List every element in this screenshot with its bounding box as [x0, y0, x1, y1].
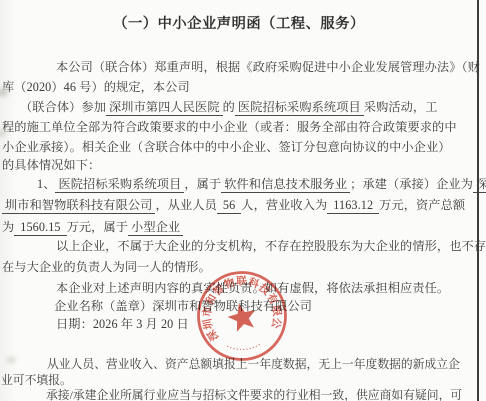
text-segment: 采购活动，工	[364, 100, 438, 114]
scan-edge-line	[477, 0, 479, 401]
seal-code-marks: •••••••••••	[224, 336, 264, 358]
text-segment: ；承建（承接）企业为	[350, 177, 473, 191]
company-seal: 深圳市和智物联科技有限公司 •••••••••••	[186, 260, 298, 372]
text-segment: 人，营业收入为	[241, 198, 327, 212]
text-segment: 的	[223, 100, 235, 114]
blank-industry: 软件和信息技术服务业	[221, 177, 350, 193]
blank-company-name: 圳市和智物联科技有限公司	[2, 198, 155, 214]
blank-employee-count: 56	[217, 198, 241, 214]
doc-line-2: 库（2020）46 号）的规定，本公司	[2, 80, 190, 94]
doc-line-4: 程的施工单位全部为符合政策要求的中小企业（或者：服务全部由符合政策要求的中	[2, 120, 457, 134]
text-segment: 小企业承接）。相关企业（含联合体中的中小企业、签订分包意向协议的中小企业）	[2, 140, 451, 154]
doc-line-date: 日期：2026 年 3 月 20 日	[56, 317, 189, 331]
blank-project-name: 医院招标采购系统项目	[55, 177, 184, 193]
blank-purchaser-name: 深圳市第四人民医院	[106, 100, 223, 116]
text-segment: 万元，资产总额	[379, 198, 465, 212]
text-segment: 程的施工单位全部为符合政策要求的中小企业（或者：服务全部由符合政策要求的中	[2, 120, 457, 134]
text-segment: 承接/承建企业所属行业应当与招标文件要求的行业相一致，供应商如有疑问，可	[46, 388, 462, 401]
text-segment: 本公司（联合体）郑重声明，根据《政府采购促进中小企业发展管理办法》（财	[56, 60, 480, 74]
doc-line-1: 本公司（联合体）郑重声明，根据《政府采购促进中小企业发展管理办法》（财	[56, 60, 480, 74]
doc-title: （一）中小企业声明函（工程、服务）	[0, 13, 478, 33]
text-segment: 日期：2026 年 3 月 20 日	[56, 317, 189, 331]
text-segment: （联合体）参加	[20, 100, 106, 114]
seal-star-icon	[225, 300, 259, 333]
footnote-line-3: 承接/承建企业所属行业应当与招标文件要求的行业相一致，供应商如有疑问，可	[46, 389, 462, 401]
doc-line-11: 在与大企业的负责人为同一人的情形。	[2, 260, 211, 274]
text-segment: 以上企业，不属于大企业的分支机构，不存在控股股东为大企业的情形，也不存	[56, 239, 486, 253]
blank-revenue: 1163.12	[327, 198, 379, 214]
svg-text:•••••••••••: •••••••••••	[224, 336, 264, 358]
text-segment: 库（2020）46 号）的规定，本公司	[2, 80, 190, 94]
doc-line-10: 以上企业，不属于大企业的分支机构，不存在控股股东为大企业的情形，也不存	[56, 239, 486, 253]
doc-line-5: 小企业承接）。相关企业（含联合体中的中小企业、签订分包意向协议的中小企业）	[2, 140, 451, 154]
blank-company-name: 深	[473, 177, 486, 193]
text-segment: 为	[2, 220, 14, 234]
doc-line-7: 1、医院招标采购系统项目，属于软件和信息技术服务业；承建（承接）企业为深	[37, 177, 486, 191]
company-seal-graphic: 深圳市和智物联科技有限公司 •••••••••••	[186, 260, 298, 372]
text-segment: 的具体情况如下：	[2, 158, 100, 172]
text-segment: 在与大企业的负责人为同一人的情形。	[2, 260, 211, 274]
text-segment: 万元，属于	[67, 220, 128, 234]
blank-project-name: 医院招标采购系统项目	[235, 100, 364, 116]
blank-total-assets: 1560.15	[14, 220, 66, 236]
text-segment: ，从业人员	[155, 198, 216, 212]
blank-enterprise-type: 小型企业	[128, 220, 183, 236]
doc-line-9: 为1560.15万元，属于小型企业	[2, 220, 183, 234]
footnote-line-2: 业可不填报。	[1, 374, 72, 387]
doc-line-8: 圳市和智物联科技有限公司，从业人员56人，营业收入为1163.12万元，资产总额	[2, 198, 465, 212]
text-segment: 1、	[37, 177, 55, 191]
text-segment: 业可不填报。	[1, 373, 72, 387]
doc-line-3: （联合体）参加深圳市第四人民医院的医院招标采购系统项目采购活动，工	[20, 100, 438, 114]
scan-smudge	[6, 357, 16, 363]
document-page: （一）中小企业声明函（工程、服务） 本公司（联合体）郑重声明，根据《政府采购促进…	[0, 0, 486, 401]
text-segment: ，属于	[184, 177, 221, 191]
doc-line-6: 的具体情况如下：	[2, 158, 100, 172]
